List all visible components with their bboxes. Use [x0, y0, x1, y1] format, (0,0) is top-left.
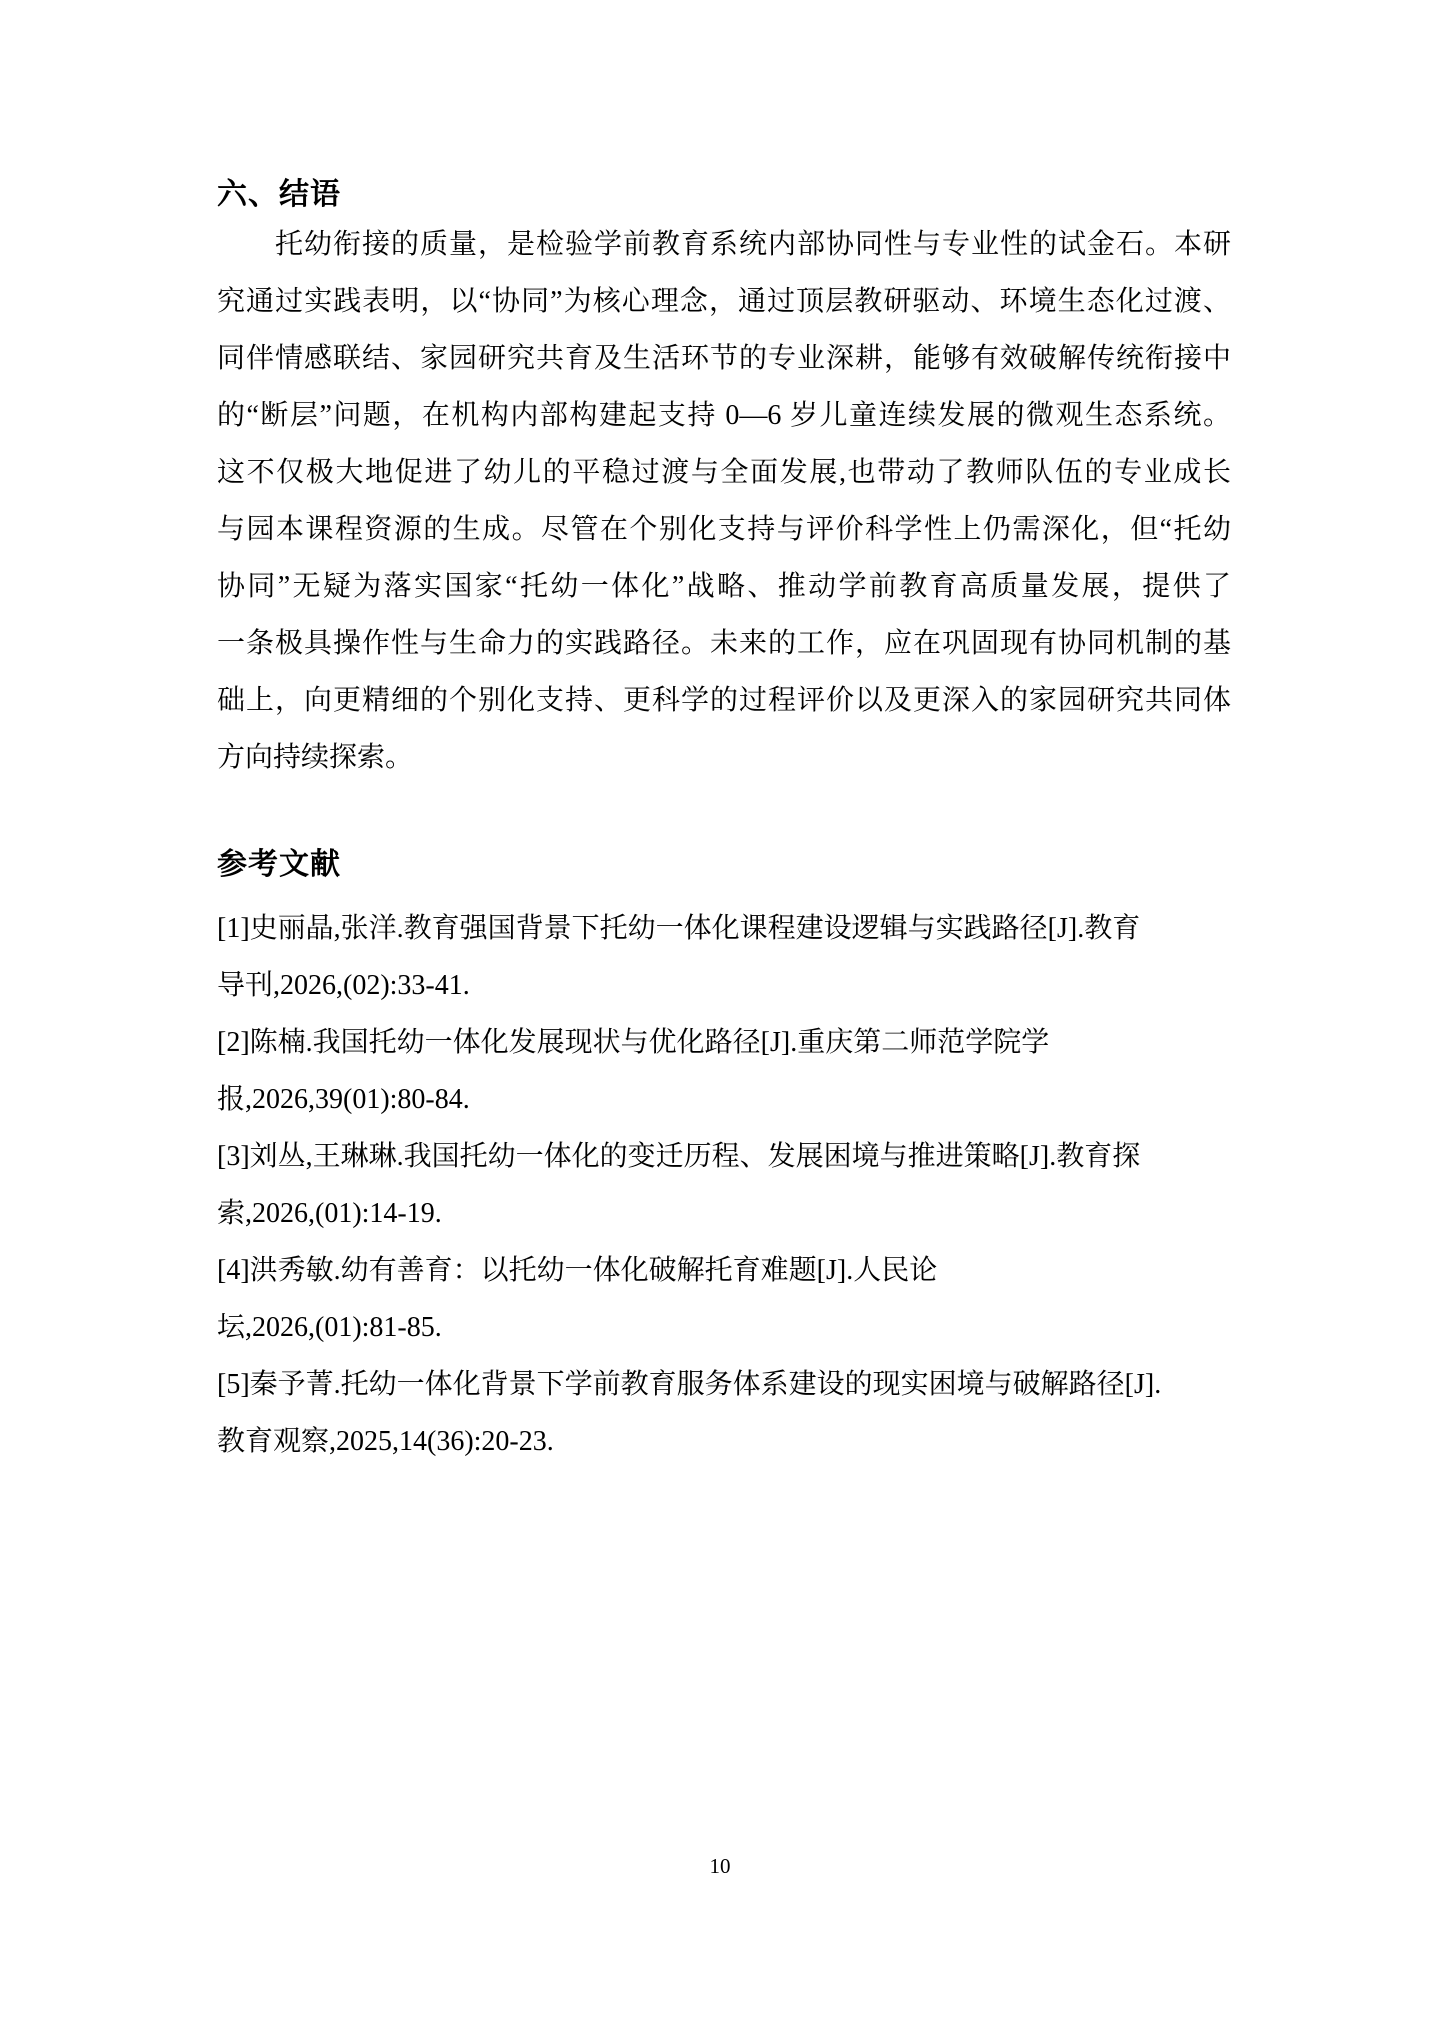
paragraph-line: 方向持续探索。	[217, 729, 1231, 786]
paragraph-line: 同伴情感联结、家园研究共育及生活环节的专业深耕，能够有效破解传统衔接中	[217, 330, 1231, 387]
reference-line: 坛,2026,(01):81-85.	[217, 1299, 1231, 1356]
reference-line: 索,2026,(01):14-19.	[217, 1185, 1231, 1242]
paragraph-line: 一条极具操作性与生命力的实践路径。未来的工作，应在巩固现有协同机制的基	[217, 615, 1231, 672]
reference-line: [1]史丽晶,张洋.教育强国背景下托幼一体化课程建设逻辑与实践路径[J].教育	[217, 900, 1231, 957]
paragraph-line: 的“断层”问题，在机构内部构建起支持 0—6 岁儿童连续发展的微观生态系统。	[217, 387, 1231, 444]
page-number: 10	[0, 1852, 1440, 1880]
paragraph-line: 协同”无疑为落实国家“托幼一体化”战略、推动学前教育高质量发展，提供了	[217, 558, 1231, 615]
reference-line: 报,2026,39(01):80-84.	[217, 1071, 1231, 1128]
reference-line: 教育观察,2025,14(36):20-23.	[217, 1413, 1231, 1470]
paragraph-line: 础上，向更精细的个别化支持、更科学的过程评价以及更深入的家园研究共同体	[217, 672, 1231, 729]
reference-line: 导刊,2026,(02):33-41.	[217, 957, 1231, 1014]
paragraph-line: 这不仅极大地促进了幼儿的平稳过渡与全面发展,也带动了教师队伍的专业成长	[217, 444, 1231, 501]
reference-line: [5]秦予菁.托幼一体化背景下学前教育服务体系建设的现实困境与破解路径[J].	[217, 1356, 1231, 1413]
paragraph-line: 与园本课程资源的生成。尽管在个别化支持与评价科学性上仍需深化，但“托幼	[217, 501, 1231, 558]
document-page: 六、结语 托幼衔接的质量，是检验学前教育系统内部协同性与专业性的试金石。本研 究…	[0, 0, 1440, 2036]
section-heading-conclusion: 六、结语	[217, 174, 1231, 216]
reference-line: [4]洪秀敏.幼有善育：以托幼一体化破解托育难题[J].人民论	[217, 1242, 1231, 1299]
reference-line: [3]刘丛,王琳琳.我国托幼一体化的变迁历程、发展困境与推进策略[J].教育探	[217, 1128, 1231, 1185]
paragraph-line: 究通过实践表明，以“协同”为核心理念，通过顶层教研驱动、环境生态化过渡、	[217, 273, 1231, 330]
text-block: 六、结语 托幼衔接的质量，是检验学前教育系统内部协同性与专业性的试金石。本研 究…	[217, 174, 1231, 1470]
reference-line: [2]陈楠.我国托幼一体化发展现状与优化路径[J].重庆第二师范学院学	[217, 1014, 1231, 1071]
section-heading-references: 参考文献	[217, 844, 1231, 886]
paragraph-line: 托幼衔接的质量，是检验学前教育系统内部协同性与专业性的试金石。本研	[217, 216, 1231, 273]
